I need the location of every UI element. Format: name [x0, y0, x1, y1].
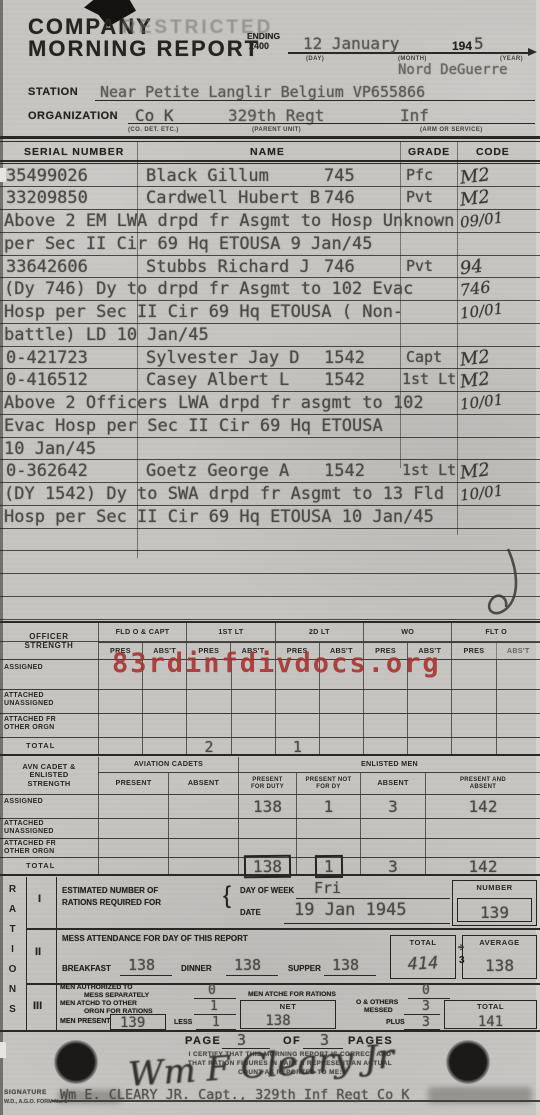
roster-col-grade: GRADE [408, 146, 450, 158]
part1-numeral: I [38, 893, 41, 905]
plus-label: PLUS [386, 1019, 405, 1026]
soldier-name: Stubbs Richard J [146, 257, 310, 277]
mess-sep-value: 0 [208, 983, 216, 998]
code-handwritten: 10/01 [459, 390, 504, 413]
remark-text: battle) LD 10 Jan/45 [4, 325, 209, 345]
date-underline [284, 923, 450, 924]
org-parent-sublabel: (PARENT UNIT) [252, 127, 301, 133]
dinner-value: 138 [234, 956, 261, 974]
organization-rule [128, 123, 535, 124]
atchd-value: 1 [210, 999, 218, 1014]
date-label: DATE [240, 908, 261, 917]
soldier-name: Cardwell Hubert B [146, 188, 320, 208]
officer-total-1stlt-pres: 2 [186, 738, 230, 755]
aviation-cadets-header: AVIATION CADETS [98, 757, 238, 772]
mess-total-value: 414 [391, 952, 456, 975]
officer-strength-title: OFFICER STRENGTH [0, 623, 98, 659]
grade: Pvt [406, 188, 433, 206]
officer-group-fldo: FLD O & CAPT [98, 623, 186, 642]
roster-empty-row [0, 529, 540, 552]
code-handwritten: 09/01 [459, 208, 504, 231]
serial-number: 0-421723 [6, 348, 88, 368]
serial-number: 33209850 [6, 188, 88, 208]
officer-total-2dlt-pres: 1 [275, 738, 319, 755]
serial-number: 33642606 [6, 257, 88, 277]
mos-number: 1542 [324, 348, 365, 368]
net-box: NET 138 [240, 1000, 336, 1029]
roster-empty-row [0, 551, 540, 574]
rations-top-rule [0, 874, 540, 877]
code-handwritten: 746 [459, 277, 492, 300]
page-label: PAGE [185, 1035, 221, 1047]
assigned-present-and-absent: 142 [425, 795, 540, 818]
grade: Pfc [406, 166, 433, 184]
roster-empty-row [0, 574, 540, 597]
remark-text: Above 2 EM LWA drpd fr Asgmt to Hosp Unk… [4, 211, 454, 231]
others-label2: MESSED [364, 1007, 393, 1014]
remark-text: (DY 1542) Dy to SWA drpd fr Asgmt to 13 … [4, 484, 444, 504]
roster-remark-row: (DY 1542) Dy to SWA drpd fr Asgmt to 13 … [0, 483, 540, 506]
pen-flourish [478, 545, 524, 623]
mos-number: 1542 [324, 370, 365, 390]
cadet-present-header: PRESENT [98, 773, 168, 794]
roster-empty-row [0, 597, 540, 620]
estimated-rations-label2: RATIONS REQUIRED FOR [62, 898, 161, 907]
part3-numeral: III [33, 1000, 42, 1012]
watermark: 83rdinfdivdocs.org [112, 648, 441, 679]
code-handwritten: M2 [459, 460, 491, 484]
code-handwritten: 94 [459, 255, 484, 279]
enlisted-strength-table: AVN CADET & ENLISTED STRENGTH AVIATION C… [0, 757, 540, 875]
roster-remark-row: Hosp per Sec II Cir 69 Hq ETOUSA 10 Jan/… [0, 506, 540, 529]
ration-total-label: TOTAL [445, 1002, 536, 1011]
number-value: 139 [453, 903, 536, 922]
year-typed: 5 [474, 34, 484, 53]
pres-header: PRES [451, 643, 495, 659]
brace: { [223, 882, 231, 910]
report-date: 12 January [303, 34, 399, 53]
officer-row-total: TOTAL [0, 738, 98, 755]
code-handwritten: M2 [459, 369, 491, 393]
org-arm-sublabel: (ARM OR SERVICE) [420, 127, 483, 133]
net-value: 138 [221, 1013, 335, 1029]
officer-row-assigned: ASSIGNED [0, 660, 98, 689]
less-label: LESS [174, 1019, 192, 1026]
enlisted-row-total: TOTAL [0, 858, 98, 875]
grade: Capt [406, 348, 442, 366]
morning-report-scan: COMPANY RESTRICTED MORNING REPORT ENDING… [0, 0, 540, 1115]
date-value: 19 Jan 1945 [294, 900, 407, 920]
mos-number: 746 [324, 257, 355, 277]
enlisted-row-attached-unassigned: ATTACHED UNASSIGNED [0, 819, 98, 838]
station-rule [95, 100, 535, 101]
atchd-label1: MEN ATCHD TO OTHER [60, 1000, 137, 1007]
rations-part3: MEN AUTHORIZED TO MESS SEPARATELY 0 MEN … [56, 983, 540, 1030]
supper-value: 138 [332, 956, 359, 974]
roster-col-code: CODE [476, 146, 510, 158]
mess-attendance-label: MESS ATTENDANCE FOR DAY OF THIS REPORT [62, 934, 248, 943]
roster-remark-row: battle) LD 10 Jan/45 [0, 324, 540, 347]
number-label: NUMBER [453, 883, 536, 892]
mess-total-label: TOTAL [391, 938, 455, 947]
roster-row: 33209850 Cardwell Hubert B 746 Pvt M2 [0, 187, 540, 210]
roster-header-rule-heavy [0, 160, 540, 162]
officer-row-attached-unassigned: ATTACHED UNASSIGNED [0, 690, 98, 713]
remark-text: per Sec II Cir 69 Hq ETOUSA 9 Jan/45 [4, 234, 372, 254]
soldier-name: Casey Albert L [146, 370, 289, 390]
soldier-name: Sylvester Jay D [146, 348, 300, 368]
officer-group-flto: FLT O [451, 623, 540, 642]
assigned-absent: 3 [360, 795, 425, 818]
breakfast-underline [120, 975, 172, 976]
left-edge-notch-bottom [0, 1042, 6, 1058]
punch-hole-right [446, 1040, 490, 1084]
breakfast-label: BREAKFAST [62, 964, 111, 973]
grade: 1st Lt [402, 461, 456, 479]
serial-number: 0-362642 [6, 461, 88, 481]
dinner-underline [226, 975, 278, 976]
rations-col1-divider [26, 877, 27, 1030]
officer-group-2dlt: 2D LT [275, 623, 363, 642]
date-rule-arrow [528, 48, 537, 56]
officer-group-1stlt: 1ST LT [186, 623, 274, 642]
atche-value: 0 [422, 983, 430, 998]
mess-total-box: TOTAL 414 [390, 935, 456, 979]
rations-part2: MESS ATTENDANCE FOR DAY OF THIS REPORT B… [56, 928, 540, 983]
roster-remark-row: Above 2 EM LWA drpd fr Asgmt to Hosp Unk… [0, 210, 540, 233]
em-absent-header: ABSENT [360, 773, 425, 794]
total-present-and-absent: 142 [425, 858, 540, 875]
men-present-label: MEN PRESENT [60, 1018, 111, 1025]
average-label: AVERAGE [463, 938, 536, 947]
soldier-name: Goetz George A [146, 461, 289, 481]
station-value: Near Petite Langlir Belgium VP655866 [100, 83, 425, 101]
ending-time: 2400 [249, 41, 269, 51]
abst-header: ABS'T [496, 643, 540, 659]
remark-text: 10 Jan/45 [4, 439, 96, 459]
average-box: AVERAGE 138 [462, 935, 537, 979]
officer-row-attached-other: ATTACHED FR OTHER ORGN [0, 714, 98, 737]
cadet-absent-header: ABSENT [168, 773, 238, 794]
mess-sep-label1: MEN AUTHORIZED TO [60, 984, 133, 991]
estimated-rations-label1: ESTIMATED NUMBER OF [62, 886, 158, 895]
day-sublabel: (DAY) [306, 56, 324, 62]
part2-numeral: II [35, 946, 41, 958]
roster-body: 35499026 Black Gillum 745 Pfc M2 3320985… [0, 165, 540, 643]
code-handwritten: M2 [459, 164, 491, 188]
remark-text: Hosp per Sec II Cir 69 Hq ETOUSA 10 Jan/… [4, 507, 434, 527]
average-value: 138 [463, 956, 536, 975]
remark-text: (Dy 746) Dy to drpd fr Asgmt to 102 Evac [4, 279, 413, 299]
roster-col-name: NAME [250, 146, 285, 158]
enlisted-row-attached-other: ATTACHED FR OTHER ORGN [0, 839, 98, 857]
grade: 1st Lt [402, 370, 456, 388]
number-box: NUMBER 139 [452, 880, 537, 926]
day-of-week-label: DAY OF WEEK [240, 886, 294, 895]
punch-hole-left [54, 1040, 98, 1084]
em-present-for-duty-header: PRESENT FOR DUTY [238, 773, 296, 794]
signature-label: SIGNATURE [4, 1089, 47, 1096]
remark-text: Above 2 Officers LWA drpd fr asgmt to 10… [4, 393, 424, 413]
dinner-label: DINNER [181, 964, 212, 973]
less-value: 1 [212, 1015, 220, 1030]
enlisted-strength-title: AVN CADET & ENLISTED STRENGTH [0, 757, 98, 794]
code-handwritten: 10/01 [459, 299, 504, 322]
serial-number: 35499026 [6, 166, 88, 186]
enlisted-row-assigned: ASSIGNED [0, 795, 98, 818]
officer-group-wo: WO [363, 623, 451, 642]
form-title-line2: MORNING REPORT [28, 36, 260, 62]
roster-row: 33642606 Stubbs Richard J 746 Pvt 94 [0, 256, 540, 279]
men-present-value: 139 [120, 1015, 145, 1031]
grid-reference: Nord DeGuerre [398, 62, 508, 78]
enlisted-table-top-rule [0, 754, 540, 757]
others-label1: O & OTHERS [356, 999, 398, 1006]
rations-part1: ESTIMATED NUMBER OF RATIONS REQUIRED FOR… [56, 877, 540, 928]
roster-remark-row: per Sec II Cir 69 Hq ETOUSA 9 Jan/45 [0, 233, 540, 256]
roster-row: 0-362642 Goetz George A 1542 1st Lt M2 [0, 460, 540, 483]
rations-bottom-rule [0, 1030, 540, 1032]
roster-row: 0-416512 Casey Albert L 1542 1st Lt M2 [0, 369, 540, 392]
roster-remark-row: Evac Hosp per Sec II Cir 69 Hq ETOUSA [0, 415, 540, 438]
station-label: STATION [28, 86, 78, 98]
section-rule-heavy [0, 136, 540, 139]
section-rule-thin [0, 141, 540, 142]
organization-label: ORGANIZATION [28, 110, 118, 122]
remark-text: Hosp per Sec II Cir 69 Hq ETOUSA ( Non- [4, 302, 403, 322]
roster-row: 0-421723 Sylvester Jay D 1542 Capt M2 [0, 347, 540, 370]
breakfast-value: 138 [128, 956, 155, 974]
others-value: 3 [422, 999, 430, 1014]
ration-total-value: 141 [445, 1014, 536, 1030]
roster-remark-row: Above 2 Officers LWA drpd fr asgmt to 10… [0, 392, 540, 415]
mos-number: 1542 [324, 461, 365, 481]
mess-sep-label2: MESS SEPARATELY [84, 992, 149, 999]
officer-strength-table: OFFICER STRENGTH FLD O & CAPT 1ST LT 2D … [0, 623, 540, 755]
plus-value: 3 [422, 1015, 430, 1030]
supper-underline [324, 975, 376, 976]
roster-row: 35499026 Black Gillum 745 Pfc M2 [0, 165, 540, 188]
ink-smudge-left [58, 1090, 122, 1103]
day-of-week-value: Fri [314, 879, 341, 897]
day-underline [296, 898, 450, 899]
code-handwritten: M2 [459, 346, 491, 370]
em-present-not-for-dy-header: PRESENT NOT FOR DY [296, 773, 360, 794]
assigned-present-not-for-dy: 1 [296, 795, 360, 818]
serial-number: 0-416512 [6, 370, 88, 390]
ration-total-box: TOTAL 141 [444, 1000, 537, 1029]
ending-label: ENDING [247, 31, 280, 41]
total-absent: 3 [360, 858, 425, 875]
mos-number: 746 [324, 188, 355, 208]
org-unit-sublabel: (CO. DET. ETC.) [128, 127, 179, 133]
atche-label: MEN ATCHE FOR RATIONS [248, 991, 336, 998]
mos-number: 745 [324, 166, 355, 186]
soldier-name: Black Gillum [146, 166, 269, 186]
roster-remark-row: (Dy 746) Dy to drpd fr Asgmt to 102 Evac… [0, 278, 540, 301]
roster-remark-row: 10 Jan/45 [0, 438, 540, 461]
em-present-and-absent-header: PRESENT AND ABSENT [425, 773, 540, 794]
roster-col-serial: SERIAL NUMBER [24, 146, 124, 158]
grade: Pvt [406, 257, 433, 275]
enlisted-men-header: ENLISTED MEN [238, 757, 540, 772]
code-handwritten: M2 [459, 187, 491, 211]
rations-vertical-label: RATIONS [7, 884, 18, 1030]
assigned-present-for-duty: 138 [238, 795, 296, 818]
net-label: NET [241, 1002, 335, 1011]
remark-text: Evac Hosp per Sec II Cir 69 Hq ETOUSA [4, 416, 383, 436]
supper-label: SUPPER [288, 964, 321, 973]
ink-smudge-right [428, 1087, 532, 1103]
year-printed: 194 [452, 39, 472, 53]
code-handwritten: 10/01 [459, 481, 504, 504]
roster-remark-row: Hosp per Sec II Cir 69 Hq ETOUSA ( Non- … [0, 301, 540, 324]
